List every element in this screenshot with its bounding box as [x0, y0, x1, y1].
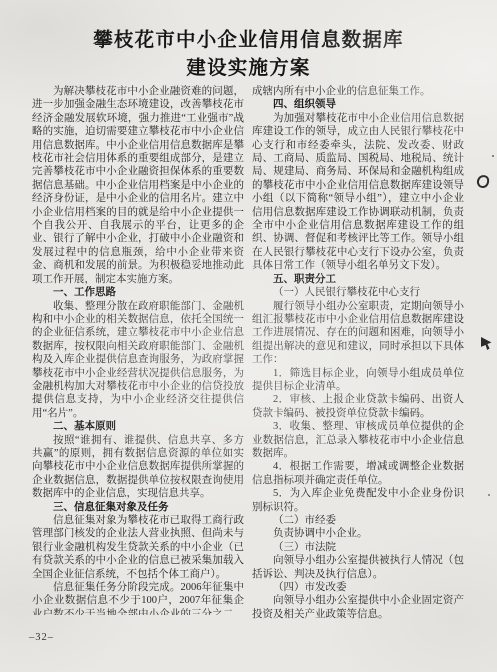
subsection-heading-court: （三）市法院: [252, 541, 464, 554]
section-heading-3: 三、信息征集对象及任务: [32, 501, 244, 514]
subsection-heading-pboc: （一）人民银行攀枝花中心支行: [252, 286, 464, 299]
section-heading-2: 二、基本原则: [32, 420, 244, 433]
list-item-4: 4．根据工作需要，增减或调整企业数据信息指标项并确定责任单位。: [252, 460, 464, 487]
ink-speck-top: [492, 155, 494, 157]
subsection-heading-fagaiwei: （四）市发改委: [252, 581, 464, 594]
list-item-2: 2．审核、上报企业贷款卡编码、出资人贷款卡编码、被投资单位贷款卡编码。: [252, 393, 464, 420]
paragraph-leadership: 为加强对攀枝花市中小企业信用信息数据库建设工作的领导，成立由人民银行攀枝花中心支…: [252, 112, 464, 273]
paragraph-collection-tasks: 信息征集任务分阶段完成。2006年征集中小企业数据信息不少于100户，2007年…: [32, 581, 244, 615]
paragraph-fagaiwei-duty: 向领导小组办公室提供中小企业固定资产投资及相关产业政策等信息。: [252, 594, 464, 621]
section-heading-5: 五、职责分工: [252, 273, 464, 286]
paragraph-basic-principles: 按照“谁拥有、谁提供、信息共享、多方共赢”的原则，拥有数据信息资源的单位如实向攀…: [32, 434, 244, 501]
page-number: –32–: [29, 632, 54, 643]
scanned-document-page: 攀枝花市中小企业信用信息数据库 建设实施方案 为解决攀枝花市中小企业融资难的问题…: [0, 0, 497, 672]
left-column: 为解决攀枝花市中小企业融资难的问题，进一步加强金融生态环境建设，改善攀枝花市经济…: [32, 85, 244, 615]
list-item-1: 1．筛选目标企业，向领导小组成员单位提供目标企业清单。: [252, 367, 464, 394]
paragraph-work-approach: 收集、整理分散在政府职能部门、金融机构和中小企业的相关数据信息，依托全国统一的企…: [32, 300, 244, 421]
ink-speck-bottom: [488, 494, 490, 496]
list-item-3: 3．收集、整理、审核成员单位提供的企业数据信息，汇总录入攀枝花市中小企业信息数据…: [252, 420, 464, 460]
paragraph-intro: 为解决攀枝花市中小企业融资难的问题，进一步加强金融生态环境建设，改善攀枝花市经济…: [32, 85, 244, 286]
paragraph-pboc-duties: 履行领导小组办公室职责，定期向领导小组汇报攀枝花市中小企业信用信息数据库建设工作…: [252, 300, 464, 367]
paragraph-court-duty: 向领导小组办公室提供被执行人情况（包括诉讼、判决及执行信息）。: [252, 554, 464, 581]
document-title: 攀枝花市中小企业信用信息数据库 建设实施方案: [0, 27, 497, 83]
document-title-line2: 建设实施方案: [0, 55, 497, 83]
ink-blob-mark: [481, 337, 492, 350]
document-title-line1: 攀枝花市中小企业信用信息数据库: [0, 27, 497, 55]
paragraph-jingwei-duty: 负责协调中小企业。: [252, 527, 464, 540]
section-heading-1: 一、工作思路: [32, 286, 244, 299]
right-column: 成辖内所有中小企业的信息征集工作。 四、组织领导 为加强对攀枝花市中小企业信用信…: [252, 85, 464, 622]
section-heading-4: 四、组织领导: [252, 98, 464, 111]
paragraph-continuation: 成辖内所有中小企业的信息征集工作。: [252, 85, 464, 98]
list-item-5: 5．为入库企业免费配发中小企业身份识别标识符。: [252, 487, 464, 514]
ink-ring-mark: [476, 174, 490, 189]
subsection-heading-jingwei: （二）市经委: [252, 514, 464, 527]
paragraph-collection-scope: 信息征集对象为攀枝花市已取得工商行政管理部门核发的企业法人营业执照、但尚未与银行…: [32, 514, 244, 581]
